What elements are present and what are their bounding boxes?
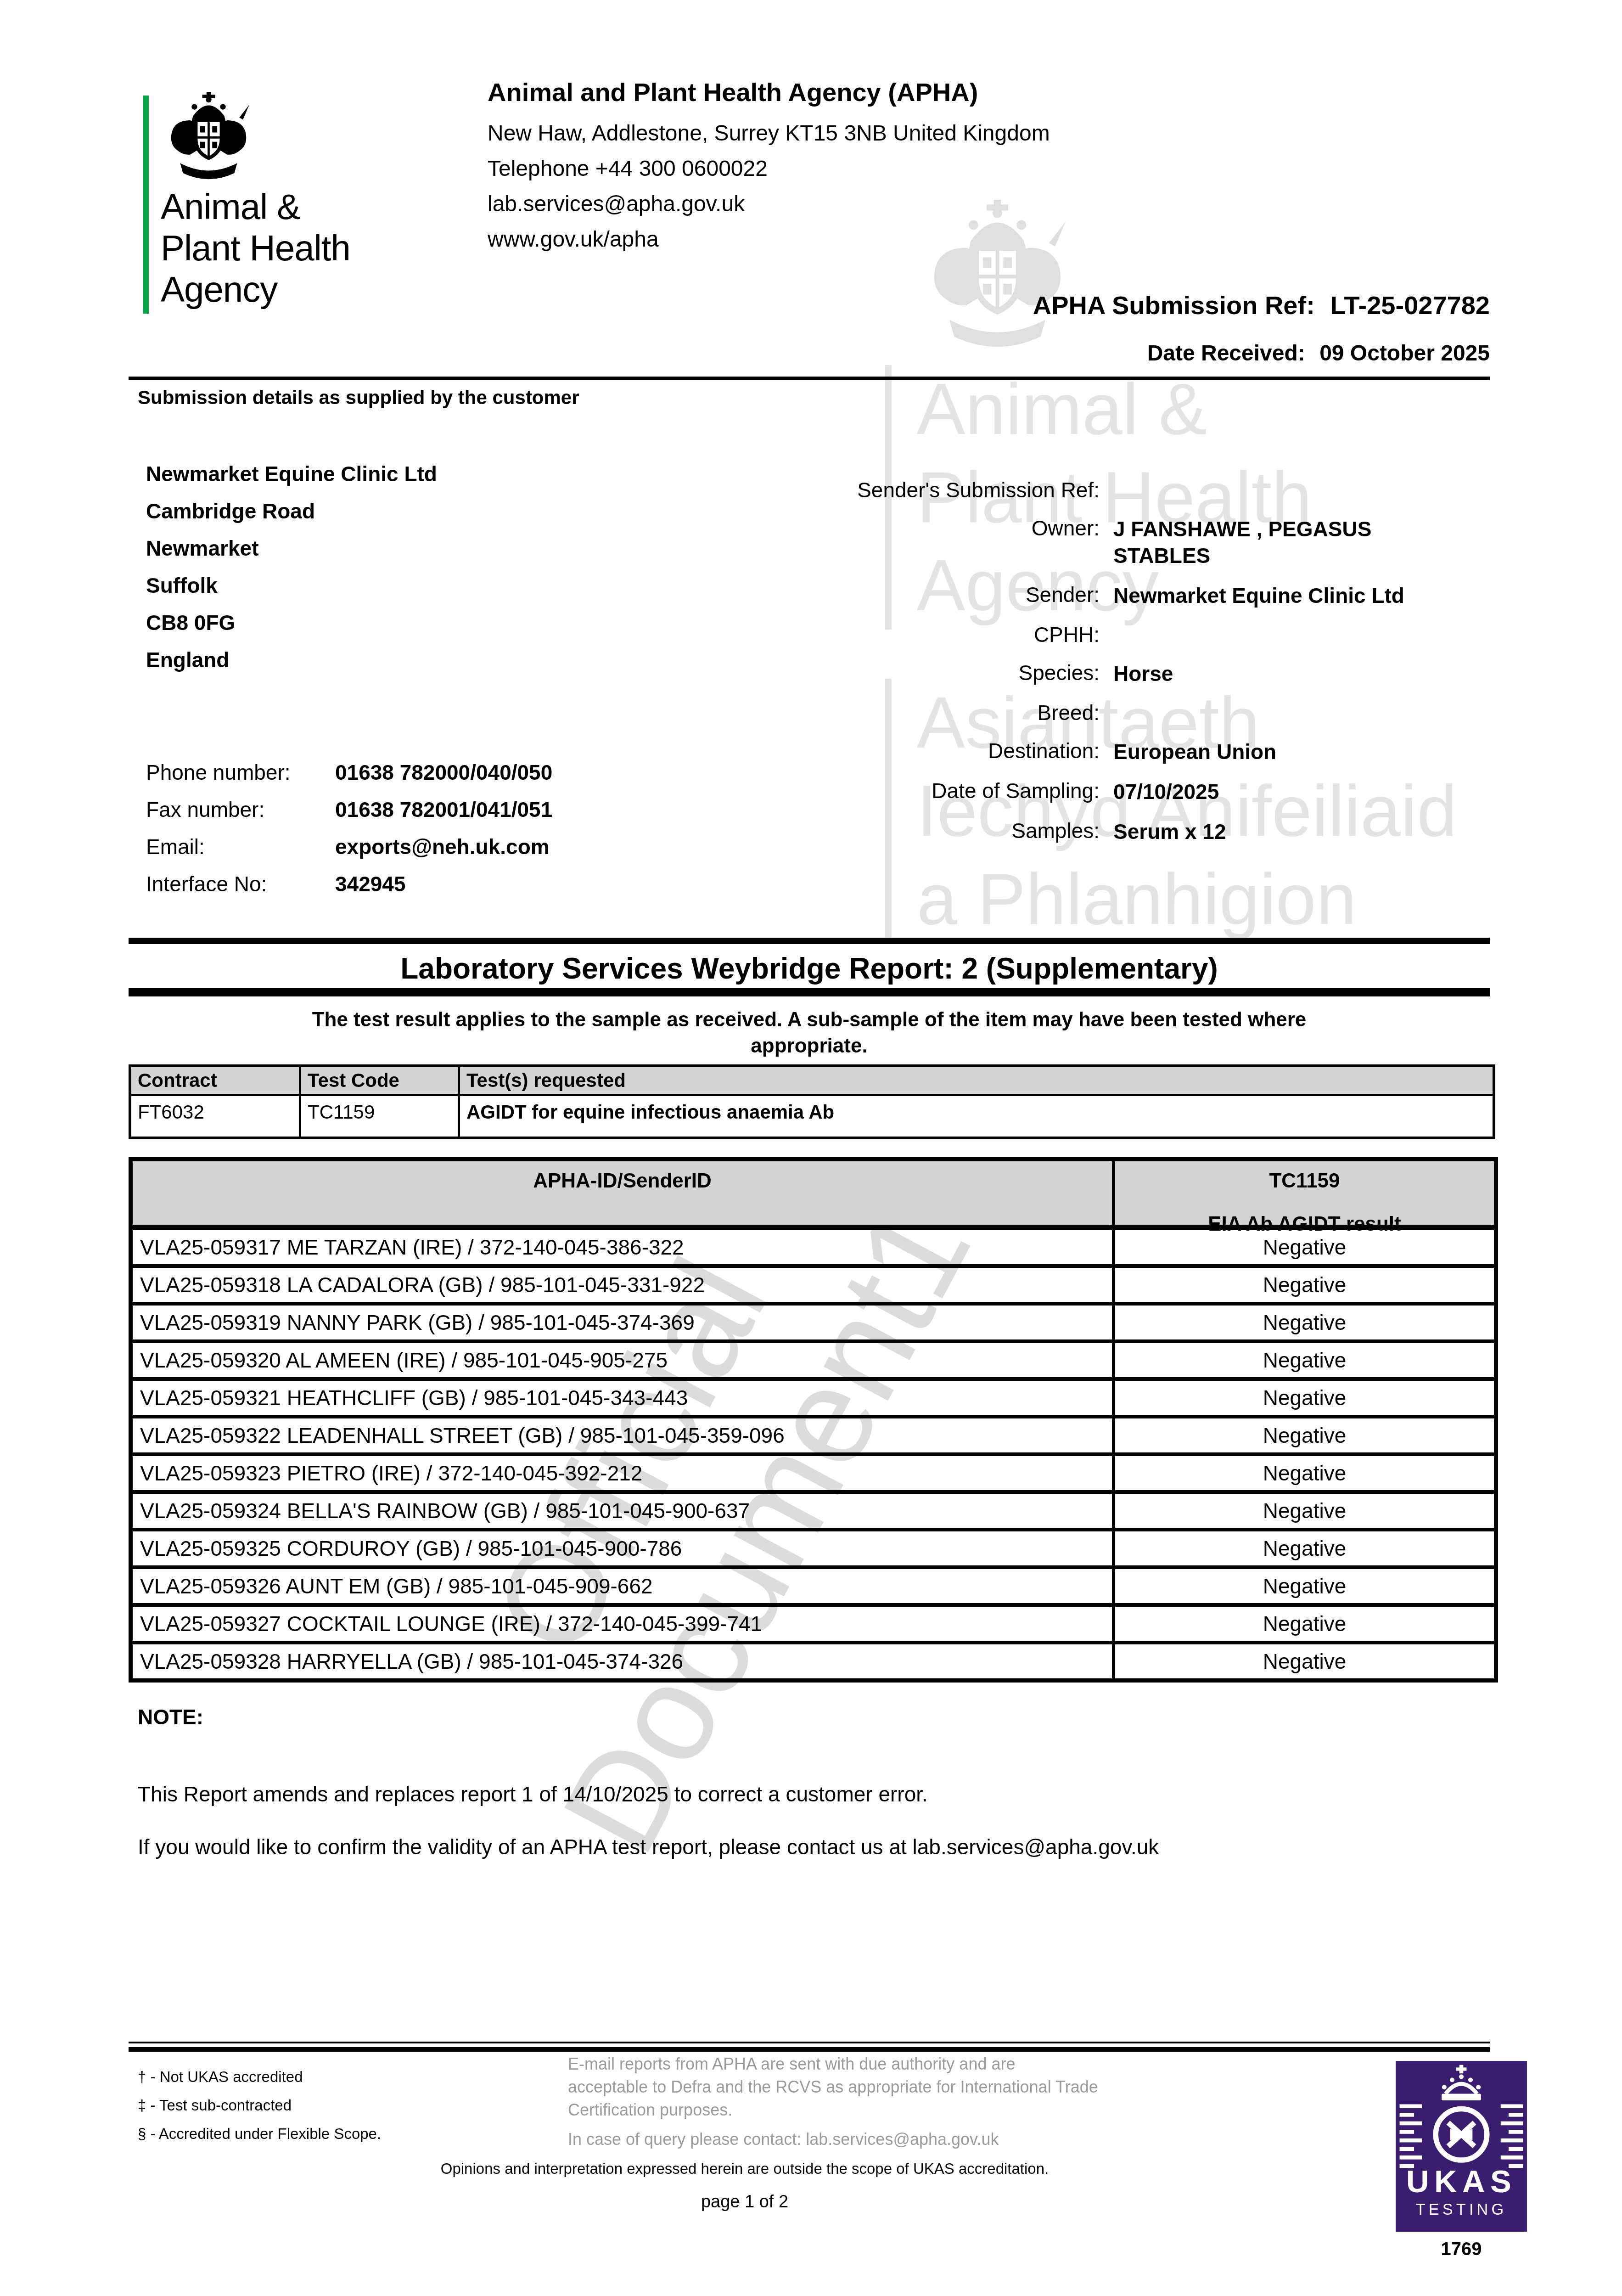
opinions-disclaimer: Opinions and interpretation expressed he… [129, 2160, 1361, 2178]
acc-line: § - Accredited under Flexible Scope. [138, 2120, 381, 2148]
royal-crest-icon [162, 92, 256, 186]
c-label: Email: [146, 828, 335, 866]
addr-line-text: Newmarket [146, 530, 437, 567]
addr-line: Newmarket Equine Clinic Ltd [146, 456, 437, 493]
rt-result: Negative [1112, 1456, 1494, 1490]
ukas-type: TESTING [1416, 2201, 1507, 2218]
wm-line: a Phlanhigion [917, 855, 1457, 943]
rt-row: VLA25-059328 HARRYELLA (GB) / 985-101-04… [133, 1641, 1494, 1678]
d-label: Breed: [652, 700, 1100, 725]
d-value: Newmarket Equine Clinic Ltd [1113, 582, 1462, 609]
logo-line-text: Plant Health [161, 227, 350, 269]
addr-line: England [146, 642, 437, 679]
detail-row: Sender's Submission Ref: [652, 478, 1490, 502]
d-value: Serum x 12 [1113, 818, 1462, 845]
date-received-label: Date Received: [1147, 341, 1305, 366]
d-label: Species: [652, 660, 1100, 687]
agency-contact-block: New Haw, Addlestone, Surrey KT15 3NB Uni… [488, 116, 1050, 257]
addr-line-text: England [146, 642, 437, 679]
ukas-name: UKAS [1406, 2164, 1516, 2199]
agency-logo-text: Animal &Plant HealthAgency [161, 186, 350, 310]
contract-table-header-row: Contract Test Code Test(s) requested [131, 1067, 1493, 1096]
notice-line: Certification purposes. [568, 2099, 1211, 2122]
rt-result: Negative [1112, 1644, 1494, 1678]
email-authority-notice: E-mail reports from APHA are sent with d… [568, 2053, 1211, 2122]
notice-line: acceptable to Defra and the RCVS as appr… [568, 2076, 1211, 2099]
acc-line: † - Not UKAS accredited [138, 2063, 381, 2091]
ukas-accreditation-number: 1769 [1396, 2239, 1527, 2260]
c-label: Phone number: [146, 754, 335, 791]
rt-id: VLA25-059326 AUNT EM (GB) / 985-101-045-… [133, 1569, 1112, 1603]
rt-id: VLA25-059320 AL AMEEN (IRE) / 985-101-04… [133, 1343, 1112, 1377]
agency-telephone: Telephone +44 300 0600022 [488, 151, 1050, 186]
rt-row: VLA25-059324 BELLA'S RAINBOW (GB) / 985-… [133, 1490, 1494, 1528]
apha-lab-report-page: Animal &Plant HealthAgency AsiantaethIec… [0, 0, 1622, 2296]
acc-line-text: † - Not UKAS accredited [138, 2063, 381, 2091]
d-label: Samples: [652, 818, 1100, 845]
d-label: CPHH: [652, 622, 1100, 647]
column-header-result: TC1159 EIA Ab AGIDT result [1112, 1161, 1494, 1225]
logo-line: Animal & [161, 186, 350, 227]
addr-line: Suffolk [146, 567, 437, 604]
rt-result: Negative [1112, 1268, 1494, 1302]
rt-result: Negative [1112, 1381, 1494, 1415]
report-subtitle-line: appropriate. [129, 1033, 1490, 1059]
d-label: Owner: [652, 516, 1100, 569]
footer-rule-thin [129, 2042, 1490, 2043]
d-label: Sender: [652, 582, 1100, 609]
contact-row: Interface No:342945 [146, 866, 552, 903]
detail-row: Species:Horse [652, 660, 1490, 687]
logo-line: Agency [161, 269, 350, 310]
customer-address-block: Newmarket Equine Clinic LtdCambridge Roa… [146, 456, 437, 679]
d-value: European Union [1113, 738, 1462, 765]
rt-id: VLA25-059327 COCKTAIL LOUNGE (IRE) / 372… [133, 1607, 1112, 1641]
d-value: Horse [1113, 660, 1462, 687]
date-received-value: 09 October 2025 [1319, 341, 1490, 366]
rt-id: VLA25-059317 ME TARZAN (IRE) / 372-140-0… [133, 1230, 1112, 1264]
rt-row: VLA25-059325 CORDUROY (GB) / 985-101-045… [133, 1528, 1494, 1565]
d-value [1113, 700, 1462, 725]
c-value: exports@neh.uk.com [335, 828, 550, 866]
contract-table: Contract Test Code Test(s) requested FT6… [129, 1064, 1495, 1139]
addr-line-text: Cambridge Road [146, 493, 437, 530]
contact-row: Phone number:01638 782000/040/050 [146, 754, 552, 791]
detail-row: CPHH: [652, 622, 1490, 647]
acc-line-text: § - Accredited under Flexible Scope. [138, 2120, 381, 2148]
detail-row: Destination:European Union [652, 738, 1490, 765]
c-value: 342945 [335, 866, 406, 903]
c-label: Interface No: [146, 866, 335, 903]
rt-row: VLA25-059317 ME TARZAN (IRE) / 372-140-0… [133, 1230, 1494, 1264]
logo-line-text: Agency [161, 269, 350, 310]
contact-row: Email:exports@neh.uk.com [146, 828, 552, 866]
contact-row: Fax number:01638 782001/041/051 [146, 791, 552, 828]
detail-row: Owner:J FANSHAWE , PEGASUS STABLES [652, 516, 1490, 569]
rt-row: VLA25-059321 HEATHCLIFF (GB) / 985-101-0… [133, 1377, 1494, 1415]
header-divider [129, 377, 1490, 380]
rt-id: VLA25-059322 LEADENHALL STREET (GB) / 98… [133, 1418, 1112, 1452]
submission-ref-line: APHA Submission Ref: LT-25-027782 [872, 290, 1490, 320]
d-value [1113, 478, 1462, 502]
results-table: APHA-ID/SenderID TC1159 EIA Ab AGIDT res… [129, 1157, 1498, 1683]
banner-rule-top [129, 938, 1490, 944]
query-contact-line: In case of query please contact: lab.ser… [568, 2130, 1257, 2149]
c-value: 01638 782000/040/050 [335, 754, 552, 791]
amendment-note: This Report amends and replaces report 1… [138, 1782, 928, 1806]
banner-rule-bottom [129, 988, 1490, 996]
rt-row: VLA25-059322 LEADENHALL STREET (GB) / 98… [133, 1415, 1494, 1452]
contract-cell: FT6032 [131, 1096, 299, 1137]
rt-id: VLA25-059323 PIETRO (IRE) / 372-140-045-… [133, 1456, 1112, 1490]
addr-line: Cambridge Road [146, 493, 437, 530]
rt-result: Negative [1112, 1531, 1494, 1565]
addr-line: CB8 0FG [146, 604, 437, 642]
footer-rule-thick [129, 2047, 1490, 2052]
rt-id: VLA25-059325 CORDUROY (GB) / 985-101-045… [133, 1531, 1112, 1565]
accreditation-key-list: † - Not UKAS accredited‡ - Test sub-cont… [138, 2063, 381, 2148]
report-subtitle-line: The test result applies to the sample as… [129, 1007, 1490, 1033]
submission-detail-list: Sender's Submission Ref:Owner:J FANSHAWE… [652, 478, 1490, 858]
rt-result: Negative [1112, 1306, 1494, 1339]
rt-id: VLA25-059324 BELLA'S RAINBOW (GB) / 985-… [133, 1494, 1112, 1528]
rt-result: Negative [1112, 1607, 1494, 1641]
results-table-header-row: APHA-ID/SenderID TC1159 EIA Ab AGIDT res… [133, 1161, 1494, 1230]
agency-website: www.gov.uk/apha [488, 222, 1050, 257]
report-subtitle: The test result applies to the sample as… [129, 1007, 1490, 1059]
rt-id: VLA25-059321 HEATHCLIFF (GB) / 985-101-0… [133, 1381, 1112, 1415]
rt-row: VLA25-059327 COCKTAIL LOUNGE (IRE) / 372… [133, 1603, 1494, 1641]
rt-id: VLA25-059328 HARRYELLA (GB) / 985-101-04… [133, 1644, 1112, 1678]
c-value: 01638 782001/041/051 [335, 791, 552, 828]
acc-line: ‡ - Test sub-contracted [138, 2091, 381, 2120]
submission-ref-value: LT-25-027782 [1330, 291, 1490, 320]
d-label: Destination: [652, 738, 1100, 765]
rt-result: Negative [1112, 1494, 1494, 1528]
report-title: Laboratory Services Weybridge Report: 2 … [129, 951, 1490, 985]
agency-email: lab.services@apha.gov.uk [488, 186, 1050, 222]
results-table-body: VLA25-059317 ME TARZAN (IRE) / 372-140-0… [133, 1230, 1494, 1678]
notice-line: E-mail reports from APHA are sent with d… [568, 2053, 1211, 2076]
customer-contact-list: Phone number:01638 782000/040/050Fax num… [146, 754, 552, 903]
ukas-testing-logo: UKAS TESTING [1396, 2061, 1527, 2232]
column-header: Test Code [299, 1067, 458, 1094]
submission-ref-label: APHA Submission Ref: [1033, 291, 1315, 320]
tests-requested-cell: AGIDT for equine infectious anaemia Ab [458, 1096, 1493, 1137]
rt-result: Negative [1112, 1569, 1494, 1603]
submission-section-heading: Submission details as supplied by the cu… [138, 387, 579, 409]
wm-line-text: a Phlanhigion [917, 855, 1457, 943]
detail-row: Samples:Serum x 12 [652, 818, 1490, 845]
rt-result: Negative [1112, 1343, 1494, 1377]
validity-note: If you would like to confirm the validit… [138, 1835, 1159, 1859]
rt-row: VLA25-059318 LA CADALORA (GB) / 985-101-… [133, 1264, 1494, 1302]
rt-result: Negative [1112, 1418, 1494, 1452]
acc-line-text: ‡ - Test sub-contracted [138, 2091, 381, 2120]
rt-row: VLA25-059326 AUNT EM (GB) / 985-101-045-… [133, 1565, 1494, 1603]
rt-row: VLA25-059319 NANNY PARK (GB) / 985-101-0… [133, 1302, 1494, 1339]
addr-line-text: Suffolk [146, 567, 437, 604]
rt-id: VLA25-059319 NANNY PARK (GB) / 985-101-0… [133, 1306, 1112, 1339]
column-header: Contract [131, 1067, 299, 1094]
rt-row: VLA25-059320 AL AMEEN (IRE) / 985-101-04… [133, 1339, 1494, 1377]
test-code-cell: TC1159 [299, 1096, 458, 1137]
page-indicator: page 1 of 2 [129, 2192, 1361, 2212]
d-value: J FANSHAWE , PEGASUS STABLES [1113, 516, 1462, 569]
column-header-apha-id: APHA-ID/SenderID [133, 1161, 1112, 1225]
note-heading: NOTE: [138, 1705, 203, 1729]
agency-address: New Haw, Addlestone, Surrey KT15 3NB Uni… [488, 116, 1050, 151]
d-value: 07/10/2025 [1113, 778, 1462, 805]
logo-green-bar [143, 96, 149, 314]
detail-row: Sender:Newmarket Equine Clinic Ltd [652, 582, 1490, 609]
result-test-code: TC1159 [1269, 1170, 1340, 1192]
contract-table-data-row: FT6032 TC1159 AGIDT for equine infectiou… [131, 1096, 1493, 1137]
detail-row: Breed: [652, 700, 1490, 725]
page-title: Animal and Plant Health Agency (APHA) [488, 77, 978, 107]
d-value [1113, 622, 1462, 647]
addr-line-text: CB8 0FG [146, 604, 437, 642]
rt-result: Negative [1112, 1230, 1494, 1264]
rt-id: VLA25-059318 LA CADALORA (GB) / 985-101-… [133, 1268, 1112, 1302]
detail-row: Date of Sampling:07/10/2025 [652, 778, 1490, 805]
d-label: Sender's Submission Ref: [652, 478, 1100, 502]
logo-line-text: Animal & [161, 186, 350, 227]
logo-line: Plant Health [161, 227, 350, 269]
addr-line: Newmarket [146, 530, 437, 567]
d-label: Date of Sampling: [652, 778, 1100, 805]
date-received-line: Date Received: 09 October 2025 [872, 341, 1490, 366]
addr-line-text: Newmarket Equine Clinic Ltd [146, 456, 437, 493]
rt-row: VLA25-059323 PIETRO (IRE) / 372-140-045-… [133, 1452, 1494, 1490]
column-header: Test(s) requested [458, 1067, 1493, 1094]
c-label: Fax number: [146, 791, 335, 828]
